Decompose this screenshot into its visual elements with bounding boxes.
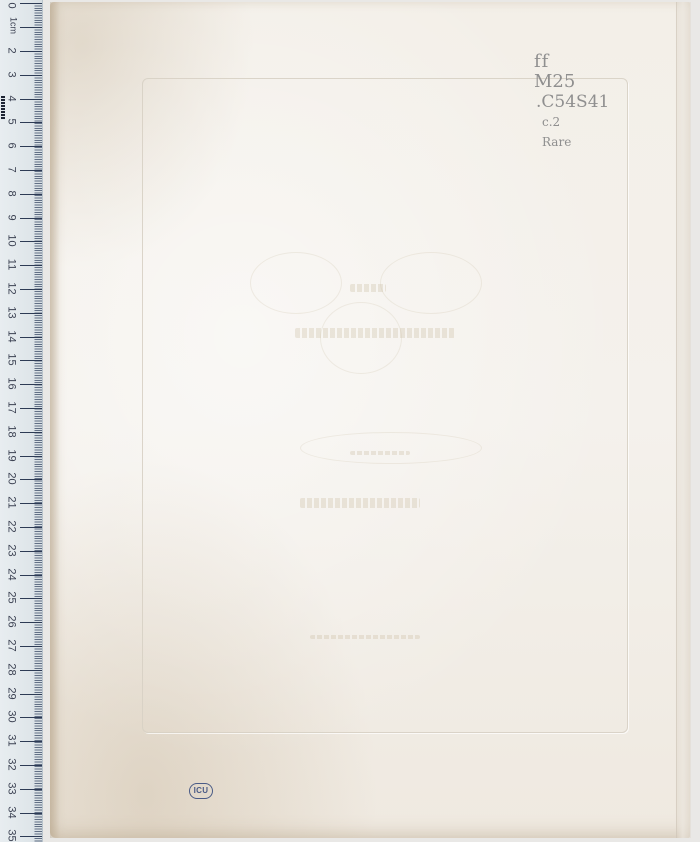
ruler-major-tick xyxy=(20,51,42,52)
call-number-line: Rare xyxy=(542,132,609,152)
ruler-major-tick xyxy=(20,241,42,242)
show-through-flourish xyxy=(250,252,342,314)
show-through-flourish xyxy=(380,252,482,314)
ruler-label: 31 xyxy=(6,732,17,750)
show-through-text xyxy=(350,451,410,455)
ruler-major-tick xyxy=(20,717,42,718)
paper-fold xyxy=(676,2,691,838)
ruler-label: 4 xyxy=(6,90,17,108)
ruler-label: 9 xyxy=(6,209,17,227)
ruler-label: 35 xyxy=(6,827,17,842)
ruler-major-tick xyxy=(20,194,42,195)
ruler-major-tick xyxy=(20,789,42,790)
ruler-label: 29 xyxy=(6,685,17,703)
ruler-major-tick xyxy=(20,432,42,433)
ruler-major-tick xyxy=(20,384,42,385)
ruler-major-tick xyxy=(20,741,42,742)
call-number-line: ff xyxy=(534,52,609,72)
ruler-label: 34 xyxy=(6,804,17,822)
ruler-label: 11 xyxy=(6,256,17,274)
ruler-major-tick xyxy=(20,27,42,28)
paper-sheet: ff M25 .C54S41 c.2 Rare ICU xyxy=(50,2,690,838)
ruler-label: 16 xyxy=(6,375,17,393)
ruler-label: 3 xyxy=(6,66,17,84)
ruler-major-tick xyxy=(20,360,42,361)
ruler-label: 23 xyxy=(6,542,17,560)
ruler-label: 13 xyxy=(6,304,17,322)
show-through-flourish xyxy=(320,302,402,374)
ruler-major-tick xyxy=(20,456,42,457)
ruler-label: 1cm xyxy=(8,15,19,37)
ruler-major-tick xyxy=(20,75,42,76)
ruler-major-tick xyxy=(20,694,42,695)
call-number-line: M25 xyxy=(534,72,609,92)
scanned-document: 0 1cm 2 3 4 5 6 7 8 9 10 11 12 13 14 15 … xyxy=(0,0,700,842)
ruler-major-tick xyxy=(20,265,42,266)
ruler-major-tick xyxy=(20,527,42,528)
handwritten-call-number: ff M25 .C54S41 c.2 Rare xyxy=(530,52,609,152)
call-number-line: .C54S41 xyxy=(536,92,609,112)
ruler-major-tick xyxy=(20,598,42,599)
ruler-major-tick xyxy=(20,670,42,671)
paper-edge-stain xyxy=(50,2,60,838)
ruler-major-tick xyxy=(20,646,42,647)
show-through-text xyxy=(300,498,420,508)
show-through-text xyxy=(295,328,455,338)
ruler-label: 33 xyxy=(6,780,17,798)
ruler-brand-mark xyxy=(1,96,5,120)
ruler-label: 15 xyxy=(6,351,17,369)
ruler-major-tick xyxy=(20,765,42,766)
show-through-flourish xyxy=(300,432,482,464)
ruler-major-tick xyxy=(20,218,42,219)
ruler-major-tick xyxy=(20,575,42,576)
ruler-label: 0 xyxy=(6,0,17,15)
ruler-label: 24 xyxy=(6,566,17,584)
ruler-label: 6 xyxy=(6,137,17,155)
ruler-label: 21 xyxy=(6,494,17,512)
ruler-label: 30 xyxy=(6,708,17,726)
ruler-label: 28 xyxy=(6,661,17,679)
ruler-label: 19 xyxy=(6,447,17,465)
ruler-major-tick xyxy=(20,122,42,123)
ruler-major-tick xyxy=(20,813,42,814)
ruler-label: 27 xyxy=(6,637,17,655)
ruler-major-tick xyxy=(20,503,42,504)
ruler-label: 25 xyxy=(6,589,17,607)
ruler-major-tick xyxy=(20,479,42,480)
show-through-text xyxy=(310,635,420,639)
ruler-label: 26 xyxy=(6,613,17,631)
ruler-label: 18 xyxy=(6,423,17,441)
ruler-major-tick xyxy=(20,289,42,290)
ruler-major-tick xyxy=(20,146,42,147)
ruler-major-tick xyxy=(20,99,42,100)
ruler-major-tick xyxy=(20,313,42,314)
ruler-major-tick xyxy=(20,551,42,552)
ruler-label: 2 xyxy=(6,42,17,60)
ruler-label: 14 xyxy=(6,328,17,346)
ruler-major-tick xyxy=(20,3,42,4)
ruler-label: 22 xyxy=(6,518,17,536)
ruler-label: 32 xyxy=(6,756,17,774)
ruler-major-tick xyxy=(20,622,42,623)
ruler-major-tick xyxy=(20,170,42,171)
ruler-label: 10 xyxy=(6,232,17,250)
ruler-label: 7 xyxy=(6,161,17,179)
ruler-label: 8 xyxy=(6,185,17,203)
show-through-text xyxy=(350,284,386,292)
ruler-label: 17 xyxy=(6,399,17,417)
library-stamp: ICU xyxy=(189,783,213,799)
ruler-label: 5 xyxy=(6,113,17,131)
ruler-major-tick xyxy=(20,836,42,837)
ruler-major-tick xyxy=(20,408,42,409)
ruler-major-tick xyxy=(20,337,42,338)
ruler-label: 12 xyxy=(6,280,17,298)
ruler-label: 20 xyxy=(6,470,17,488)
call-number-line: c.2 xyxy=(542,112,609,132)
measurement-ruler: 0 1cm 2 3 4 5 6 7 8 9 10 11 12 13 14 15 … xyxy=(0,0,43,842)
